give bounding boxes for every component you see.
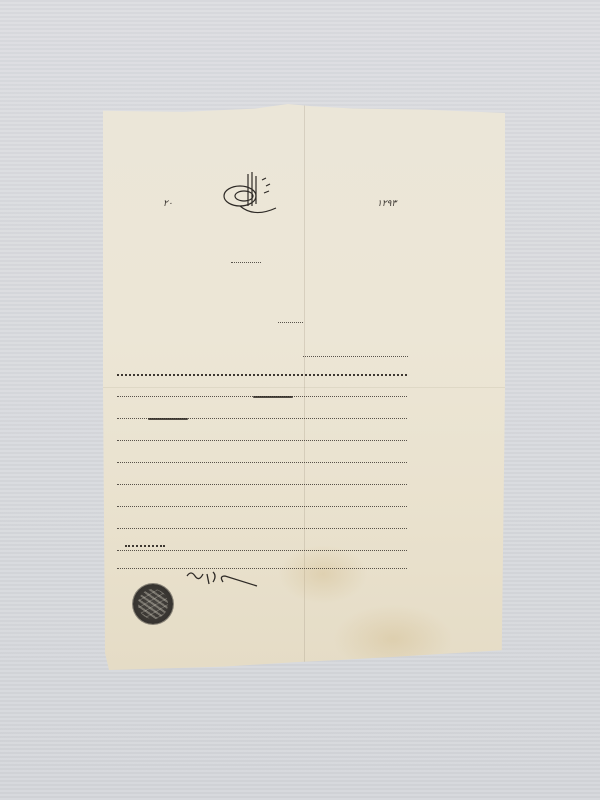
text-emphasis xyxy=(125,539,165,547)
text-line xyxy=(117,368,407,376)
text-line xyxy=(117,434,407,441)
text-line xyxy=(117,522,407,529)
ink-seal-icon xyxy=(133,584,173,624)
text-line xyxy=(117,456,407,463)
blank-dash xyxy=(253,396,293,398)
text-line xyxy=(117,478,407,485)
signature-icon xyxy=(183,566,263,594)
text-line xyxy=(117,500,407,507)
fold-crease-horizontal xyxy=(103,387,505,388)
water-stain xyxy=(278,544,368,604)
document-paper: ٢٠ ١٢٩٣ xyxy=(103,104,505,670)
tughra-emblem-icon xyxy=(218,166,288,226)
header-left-mark: ٢٠ xyxy=(163,199,173,209)
header-small-mark xyxy=(278,316,303,323)
blank-dash xyxy=(148,418,188,420)
header-subtitle-line xyxy=(231,256,261,263)
header-right-mark: ١٢٩٣ xyxy=(377,199,396,209)
text-line xyxy=(303,350,408,357)
